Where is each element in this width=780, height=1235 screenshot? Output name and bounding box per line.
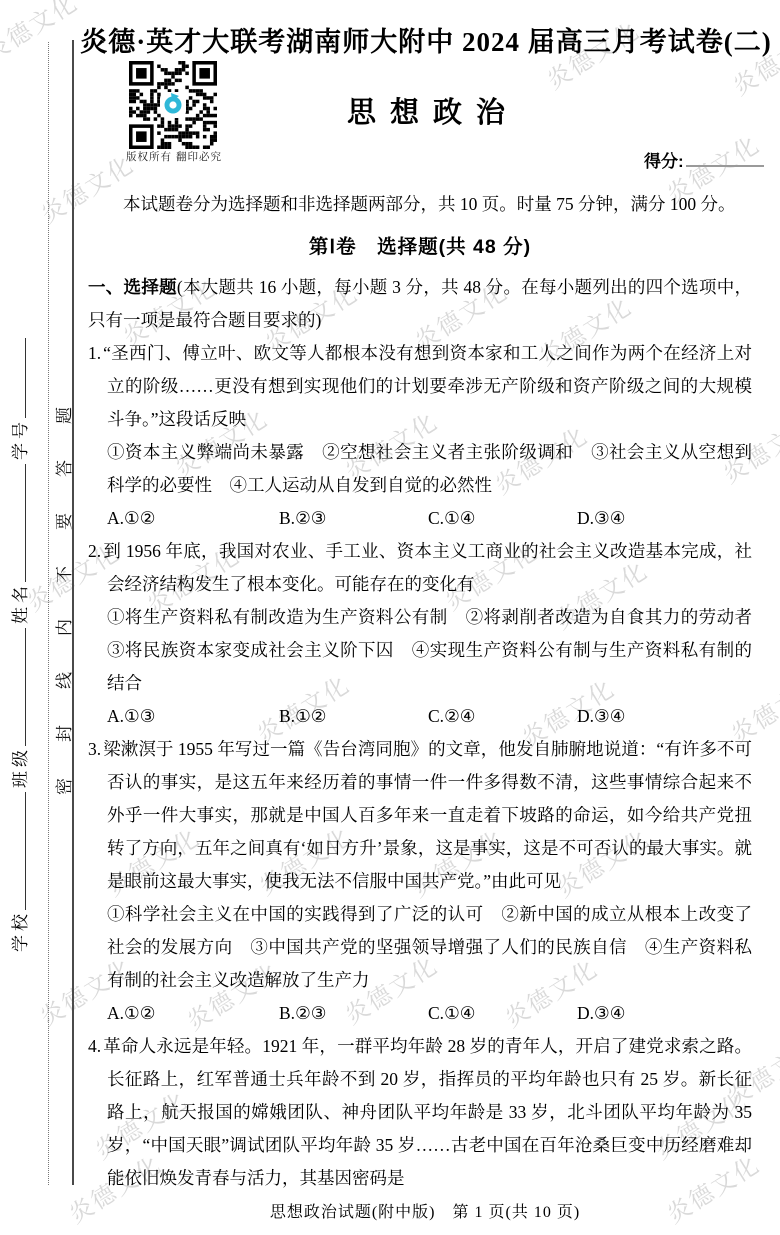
question-options: ①资本主义弊端尚未暴露 ②空想社会主义者主张阶级调和 ③社会主义从空想到科学的必… [88, 436, 752, 502]
qr-caption: 版权所有 翻印必究 [99, 149, 249, 164]
choice-b: B.②③ [279, 997, 428, 1030]
choice-a: A.①② [107, 502, 279, 535]
score-blank-line [686, 150, 764, 167]
question-options: ①科学社会主义在中国的实践得到了广泛的认可 ②新中国的成立从根本上改变了社会的发… [88, 898, 752, 997]
question-4: 4.革命人永远是年轻。1921 年，一群平均年龄 28 岁的青年人，开启了建党求… [88, 1030, 752, 1195]
page-footer: 思想政治试题(附中版) 第 1 页(共 10 页) [80, 1199, 770, 1222]
question-text: 梁漱溟于 1955 年写过一篇《告台湾同胞》的文章，他发自肺腑地说道：“有许多不… [103, 739, 752, 891]
question-2: 2.到 1956 年底，我国对农业、手工业、资本主义工商业的社会主义改造基本完成… [88, 535, 752, 733]
sidebar-field-4: 学号 [11, 338, 30, 460]
answer-choices: A.①② B.②③ C.①④ D.③④ [88, 997, 752, 1030]
section-instruction: 一、选择题(本大题共 16 小题，每小题 3 分，共 48 分。在每小题列出的四… [88, 271, 752, 337]
question-number: 2. [88, 541, 103, 561]
choice-d: D.③④ [577, 700, 752, 733]
instruction-heading: 一、选择题 [88, 277, 177, 297]
choice-b: B.①② [279, 700, 428, 733]
question-1: 1.“圣西门、傅立叶、欧文等人都根本没有想到资本家和工人之间作为两个在经济上对立… [88, 337, 752, 535]
choice-c: C.②④ [428, 700, 577, 733]
question-text: 革命人永远是年轻。1921 年，一群平均年龄 28 岁的青年人，开启了建党求索之… [103, 1036, 752, 1188]
sidebar-field-1: 学校 [11, 792, 30, 952]
sidebar-field-2: 班级 [11, 628, 30, 788]
subject-title: 思想政治 [72, 90, 780, 131]
sidebar-fields: 学校班级姓名学号 [6, 242, 31, 952]
choice-d: D.③④ [577, 997, 752, 1030]
question-number: 4. [88, 1036, 103, 1056]
sidebar-field-blank-line [11, 792, 26, 910]
sidebar-field-label: 学号 [11, 418, 30, 460]
score-label: 得分: [644, 152, 684, 171]
seal-text: 密封线内不要答题 [50, 365, 75, 795]
question-stem: 2.到 1956 年底，我国对农业、手工业、资本主义工商业的社会主义改造基本完成… [88, 535, 752, 601]
exam-intro: 本试题卷分为选择题和非选择题两部分，共 10 页。时量 75 分钟，满分 100… [88, 188, 752, 221]
exam-title: 炎德·英才大联考湖南师大附中 2024 届高三月考试卷(二) [80, 20, 772, 59]
choice-b: B.②③ [279, 502, 428, 535]
sidebar-field-blank-line [11, 628, 26, 746]
instruction-text: (本大题共 16 小题，每小题 3 分，共 48 分。在每小题列出的四个选项中，… [88, 277, 752, 330]
main-content: 本试题卷分为选择题和非选择题两部分，共 10 页。时量 75 分钟，满分 100… [88, 188, 752, 1195]
question-text: “圣西门、傅立叶、欧文等人都根本没有想到资本家和工人之间作为两个在经济上对立的阶… [103, 343, 752, 429]
question-3: 3.梁漱溟于 1955 年写过一篇《告台湾同胞》的文章，他发自肺腑地说道：“有许… [88, 733, 752, 1030]
watermark-text: 炎德文化 [0, 0, 83, 68]
section-title: 第Ⅰ卷 选择题(共 48 分) [88, 227, 752, 267]
answer-choices: A.①② B.②③ C.①④ D.③④ [88, 502, 752, 535]
choice-a: A.①③ [107, 700, 279, 733]
choice-c: C.①④ [428, 997, 577, 1030]
question-number: 1. [88, 343, 103, 363]
sidebar-field-blank-line [11, 464, 26, 582]
question-options: ①将生产资料私有制改造为生产资料公有制 ②将剥削者改造为自食其力的劳动者 ③将民… [88, 601, 752, 700]
choice-a: A.①② [107, 997, 279, 1030]
question-stem: 1.“圣西门、傅立叶、欧文等人都根本没有想到资本家和工人之间作为两个在经济上对立… [88, 337, 752, 436]
sidebar-field-blank-line [11, 338, 26, 418]
question-stem: 4.革命人永远是年轻。1921 年，一群平均年龄 28 岁的青年人，开启了建党求… [88, 1030, 752, 1195]
sidebar-field-3: 姓名 [11, 464, 30, 624]
sidebar-field-label: 班级 [11, 746, 30, 788]
answer-choices: A.①③ B.①② C.②④ D.③④ [88, 700, 752, 733]
question-stem: 3.梁漱溟于 1955 年写过一篇《告台湾同胞》的文章，他发自肺腑地说道：“有许… [88, 733, 752, 898]
sidebar-field-label: 学校 [11, 910, 30, 952]
score-field: 得分: [644, 147, 764, 172]
seal-dotted-line [48, 42, 49, 1185]
choice-d: D.③④ [577, 502, 752, 535]
question-text: 到 1956 年底，我国对农业、手工业、资本主义工商业的社会主义改造基本完成，社… [103, 541, 752, 594]
sidebar-field-label: 姓名 [11, 582, 30, 624]
question-number: 3. [88, 739, 103, 759]
choice-c: C.①④ [428, 502, 577, 535]
